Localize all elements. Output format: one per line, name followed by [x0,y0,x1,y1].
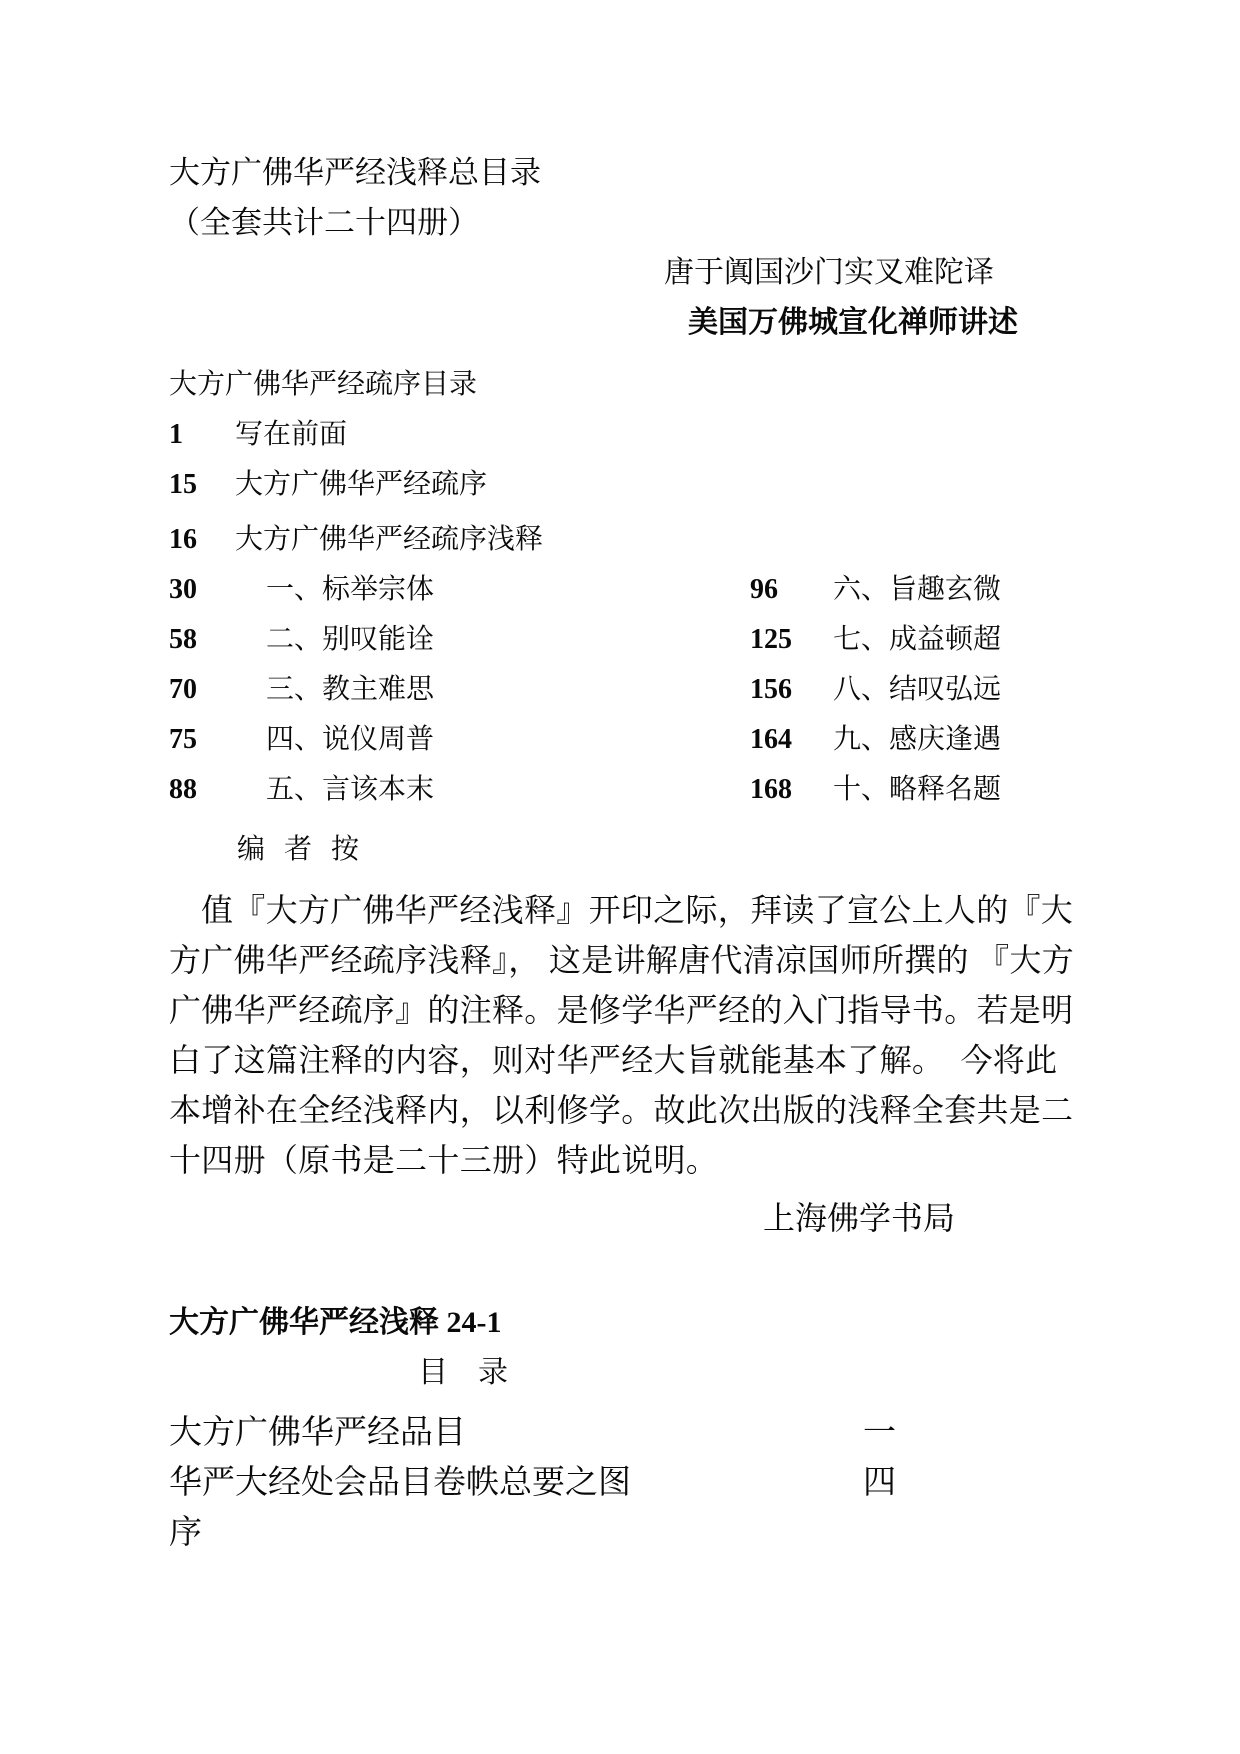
toc-row-main-3: 16大方广佛华严经疏序浅释 [169,515,1073,565]
toc-label: 三、教主难思 [266,674,434,705]
paragraph-line: 方广佛华严经疏序浅释』， 这是讲解唐代清凉国师所撰的 『大方 [169,935,1073,985]
toc-row-sub: 164九、感庆逢遇 [750,715,1073,765]
volume-toc-page: 一 [863,1415,896,1451]
toc-label: 九、感庆逢遇 [833,724,1001,755]
volume-title: 大方广佛华严经浅释 24-1 [169,1298,1073,1348]
volume-toc-row: 序 [169,1508,1073,1558]
paragraph-line: 白了这篇注释的内容，则对华严经大旨就能基本了解。 今将此 [169,1035,1073,1085]
publisher-signature: 上海佛学书局 [763,1193,1073,1243]
toc-label: 十、略释名题 [833,774,1001,805]
toc-row-sub: 96六、旨趣玄微 [750,565,1073,615]
lecturer-line: 美国万佛城宣化禅师讲述 [688,298,1073,348]
toc-page-number: 125 [750,615,833,665]
paragraph-line: 十四册（原书是二十三册）特此说明。 [169,1135,1073,1185]
toc-page-number: 1 [169,410,235,460]
toc-label: 二、别叹能诠 [266,624,434,655]
document-page: 大方广佛华严经浅释总目录 （全套共计二十四册） 唐于阗国沙门实叉难陀译 美国万佛… [0,0,1240,1754]
toc-page-number: 70 [169,665,266,715]
toc-page-number: 88 [169,765,266,815]
toc-label: 写在前面 [235,419,347,450]
volume-toc-list: 大方广佛华严经品目一 华严大经处会品目卷帙总要之图四 序 [169,1408,1073,1558]
toc-label: 大方广佛华严经疏序浅释 [235,524,543,555]
toc-row-sub: 70三、教主难思 [169,665,750,715]
toc-row-sub: 30一、标举宗体 [169,565,750,615]
toc-left-column: 30一、标举宗体 58二、别叹能诠 70三、教主难思 75四、说仪周普 88五、… [169,565,750,815]
toc-row-sub: 58二、别叹能诠 [169,615,750,665]
paragraph-line: 本增补在全经浅释内，以利修学。故此次出版的浅释全套共是二 [169,1085,1073,1135]
doc-title: 大方广佛华严经浅释总目录 [169,148,1073,198]
editor-note-heading: 编 者 按 [237,825,1073,875]
doc-subtitle: （全套共计二十四册） [169,198,1073,248]
toc-page-number: 156 [750,665,833,715]
toc-label: 五、言该本末 [266,774,434,805]
toc-page-number: 96 [750,565,833,615]
volume-toc-label: 华严大经处会品目卷帙总要之图 [169,1458,863,1508]
toc-page-number: 168 [750,765,833,815]
toc-page-number: 30 [169,565,266,615]
toc-two-columns: 30一、标举宗体 58二、别叹能诠 70三、教主难思 75四、说仪周普 88五、… [169,565,1073,815]
toc-row-sub: 156八、结叹弘远 [750,665,1073,715]
editor-note-paragraph: 值『大方广佛华严经浅释』开印之际，拜读了宣公上人的『大 方广佛华严经疏序浅释』，… [169,885,1073,1185]
toc-page-number: 75 [169,715,266,765]
toc-row-sub: 75四、说仪周普 [169,715,750,765]
volume-toc-row: 华严大经处会品目卷帙总要之图四 [169,1458,1073,1508]
toc-row-main-2: 15大方广佛华严经疏序 [169,460,1073,510]
toc-page-number: 16 [169,515,235,565]
toc-row-sub: 168十、略释名题 [750,765,1073,815]
toc-right-column: 96六、旨趣玄微 125七、成益顿超 156八、结叹弘远 164九、感庆逢遇 1… [750,565,1073,815]
preface-toc-header: 大方广佛华严经疏序目录 [169,360,1073,410]
toc-label: 一、标举宗体 [266,574,434,605]
toc-page-number: 164 [750,715,833,765]
volume-toc-heading: 目 录 [418,1348,1073,1398]
toc-row-sub: 125七、成益顿超 [750,615,1073,665]
toc-page-number: 15 [169,460,235,510]
toc-label: 大方广佛华严经疏序 [235,469,487,500]
paragraph-line: 值『大方广佛华严经浅释』开印之际，拜读了宣公上人的『大 [169,885,1073,935]
volume-toc-label: 大方广佛华严经品目 [169,1408,863,1458]
volume-toc-label: 序 [169,1508,863,1558]
translator-line: 唐于阗国沙门实叉难陀译 [664,248,1073,298]
toc-label: 四、说仪周普 [266,724,434,755]
toc-label: 八、结叹弘远 [833,674,1001,705]
toc-label: 七、成益顿超 [833,624,1001,655]
toc-label: 六、旨趣玄微 [833,574,1001,605]
volume-toc-page: 四 [863,1465,896,1501]
toc-row-sub: 88五、言该本末 [169,765,750,815]
toc-page-number: 58 [169,615,266,665]
volume-toc-row: 大方广佛华严经品目一 [169,1408,1073,1458]
paragraph-line: 广佛华严经疏序』的注释。是修学华严经的入门指导书。若是明 [169,985,1073,1035]
toc-row-main-1: 1写在前面 [169,410,1073,460]
